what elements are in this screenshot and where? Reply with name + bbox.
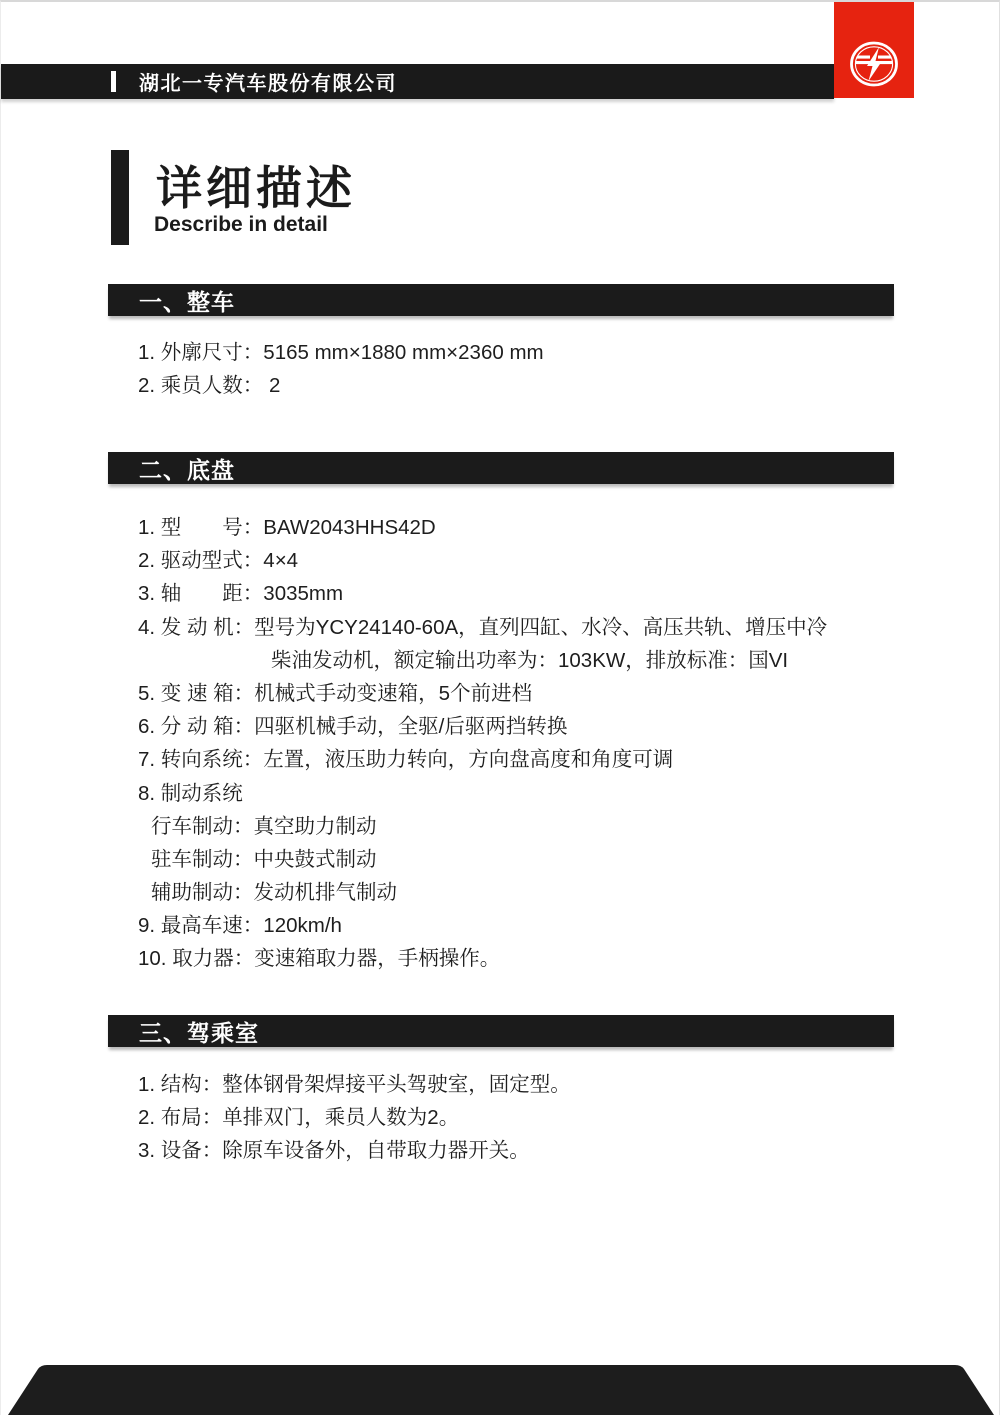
spec-line: 7. 转向系统：左置，液压助力转向，方向盘高度和角度可调 xyxy=(138,743,898,776)
spec-line: 2. 布局：单排双门，乘员人数为2。 xyxy=(138,1101,898,1134)
spec-line: 6. 分 动 箱：四驱机械手动，全驱/后驱两挡转换 xyxy=(138,710,898,743)
spec-line: 1. 外廓尺寸：5165 mm×1880 mm×2360 mm xyxy=(138,336,898,369)
lightning-emblem-icon xyxy=(848,38,900,90)
spec-line: 行车制动：真空助力制动 xyxy=(138,810,898,843)
spec-line: 10. 取力器：变速箱取力器，手柄操作。 xyxy=(138,942,898,975)
spec-line: 辅助制动：发动机排气制动 xyxy=(138,876,898,909)
page-title: 详细描述 xyxy=(156,152,356,218)
section-heading-chassis: 二、底盘 xyxy=(108,452,894,484)
company-header-bar: 湖北一专汽车股份有限公司 xyxy=(1,64,834,99)
spec-line: 5. 变 速 箱：机械式手动变速箱，5个前进档 xyxy=(138,677,898,710)
spec-line: 柴油发动机，额定输出功率为：103KW，排放标准：国VI xyxy=(138,644,898,677)
spec-list-cab: 1. 结构：整体钢骨架焊接平头驾驶室，固定型。2. 布局：单排双门，乘员人数为2… xyxy=(138,1068,898,1168)
spec-line: 8. 制动系统 xyxy=(138,777,898,810)
spec-line: 1. 型 号：BAW2043HHS42D xyxy=(138,511,898,544)
section-heading-vehicle: 一、整车 xyxy=(108,284,894,316)
company-name: 湖北一专汽车股份有限公司 xyxy=(139,64,397,99)
spec-line: 9. 最高车速：120km/h xyxy=(138,909,898,942)
spec-line: 3. 轴 距：3035mm xyxy=(138,577,898,610)
spec-line: 2. 驱动型式：4×4 xyxy=(138,544,898,577)
title-accent-bar xyxy=(111,150,129,245)
header-tick-mark xyxy=(111,71,116,92)
section-heading-cab: 三、驾乘室 xyxy=(108,1015,894,1047)
spec-list-chassis: 1. 型 号：BAW2043HHS42D2. 驱动型式：4×43. 轴 距：30… xyxy=(138,511,898,976)
spec-line: 4. 发 动 机：型号为YCY24140-60A，直列四缸、水冷、高压共轨、增压… xyxy=(138,611,898,644)
spec-line: 驻车制动：中央鼓式制动 xyxy=(138,843,898,876)
spec-line: 1. 结构：整体钢骨架焊接平头驾驶室，固定型。 xyxy=(138,1068,898,1101)
document-page: 湖北一专汽车股份有限公司 详细描述 Describe in detail 一、整… xyxy=(0,0,1000,1415)
page-subtitle: Describe in detail xyxy=(154,213,328,237)
spec-line: 3. 设备：除原车设备外，自带取力器开关。 xyxy=(138,1134,898,1167)
brand-logo-box xyxy=(834,2,914,98)
footer-trapezoid xyxy=(1,1365,1000,1415)
spec-list-vehicle: 1. 外廓尺寸：5165 mm×1880 mm×2360 mm2. 乘员人数： … xyxy=(138,336,898,402)
spec-line: 2. 乘员人数： 2 xyxy=(138,369,898,402)
